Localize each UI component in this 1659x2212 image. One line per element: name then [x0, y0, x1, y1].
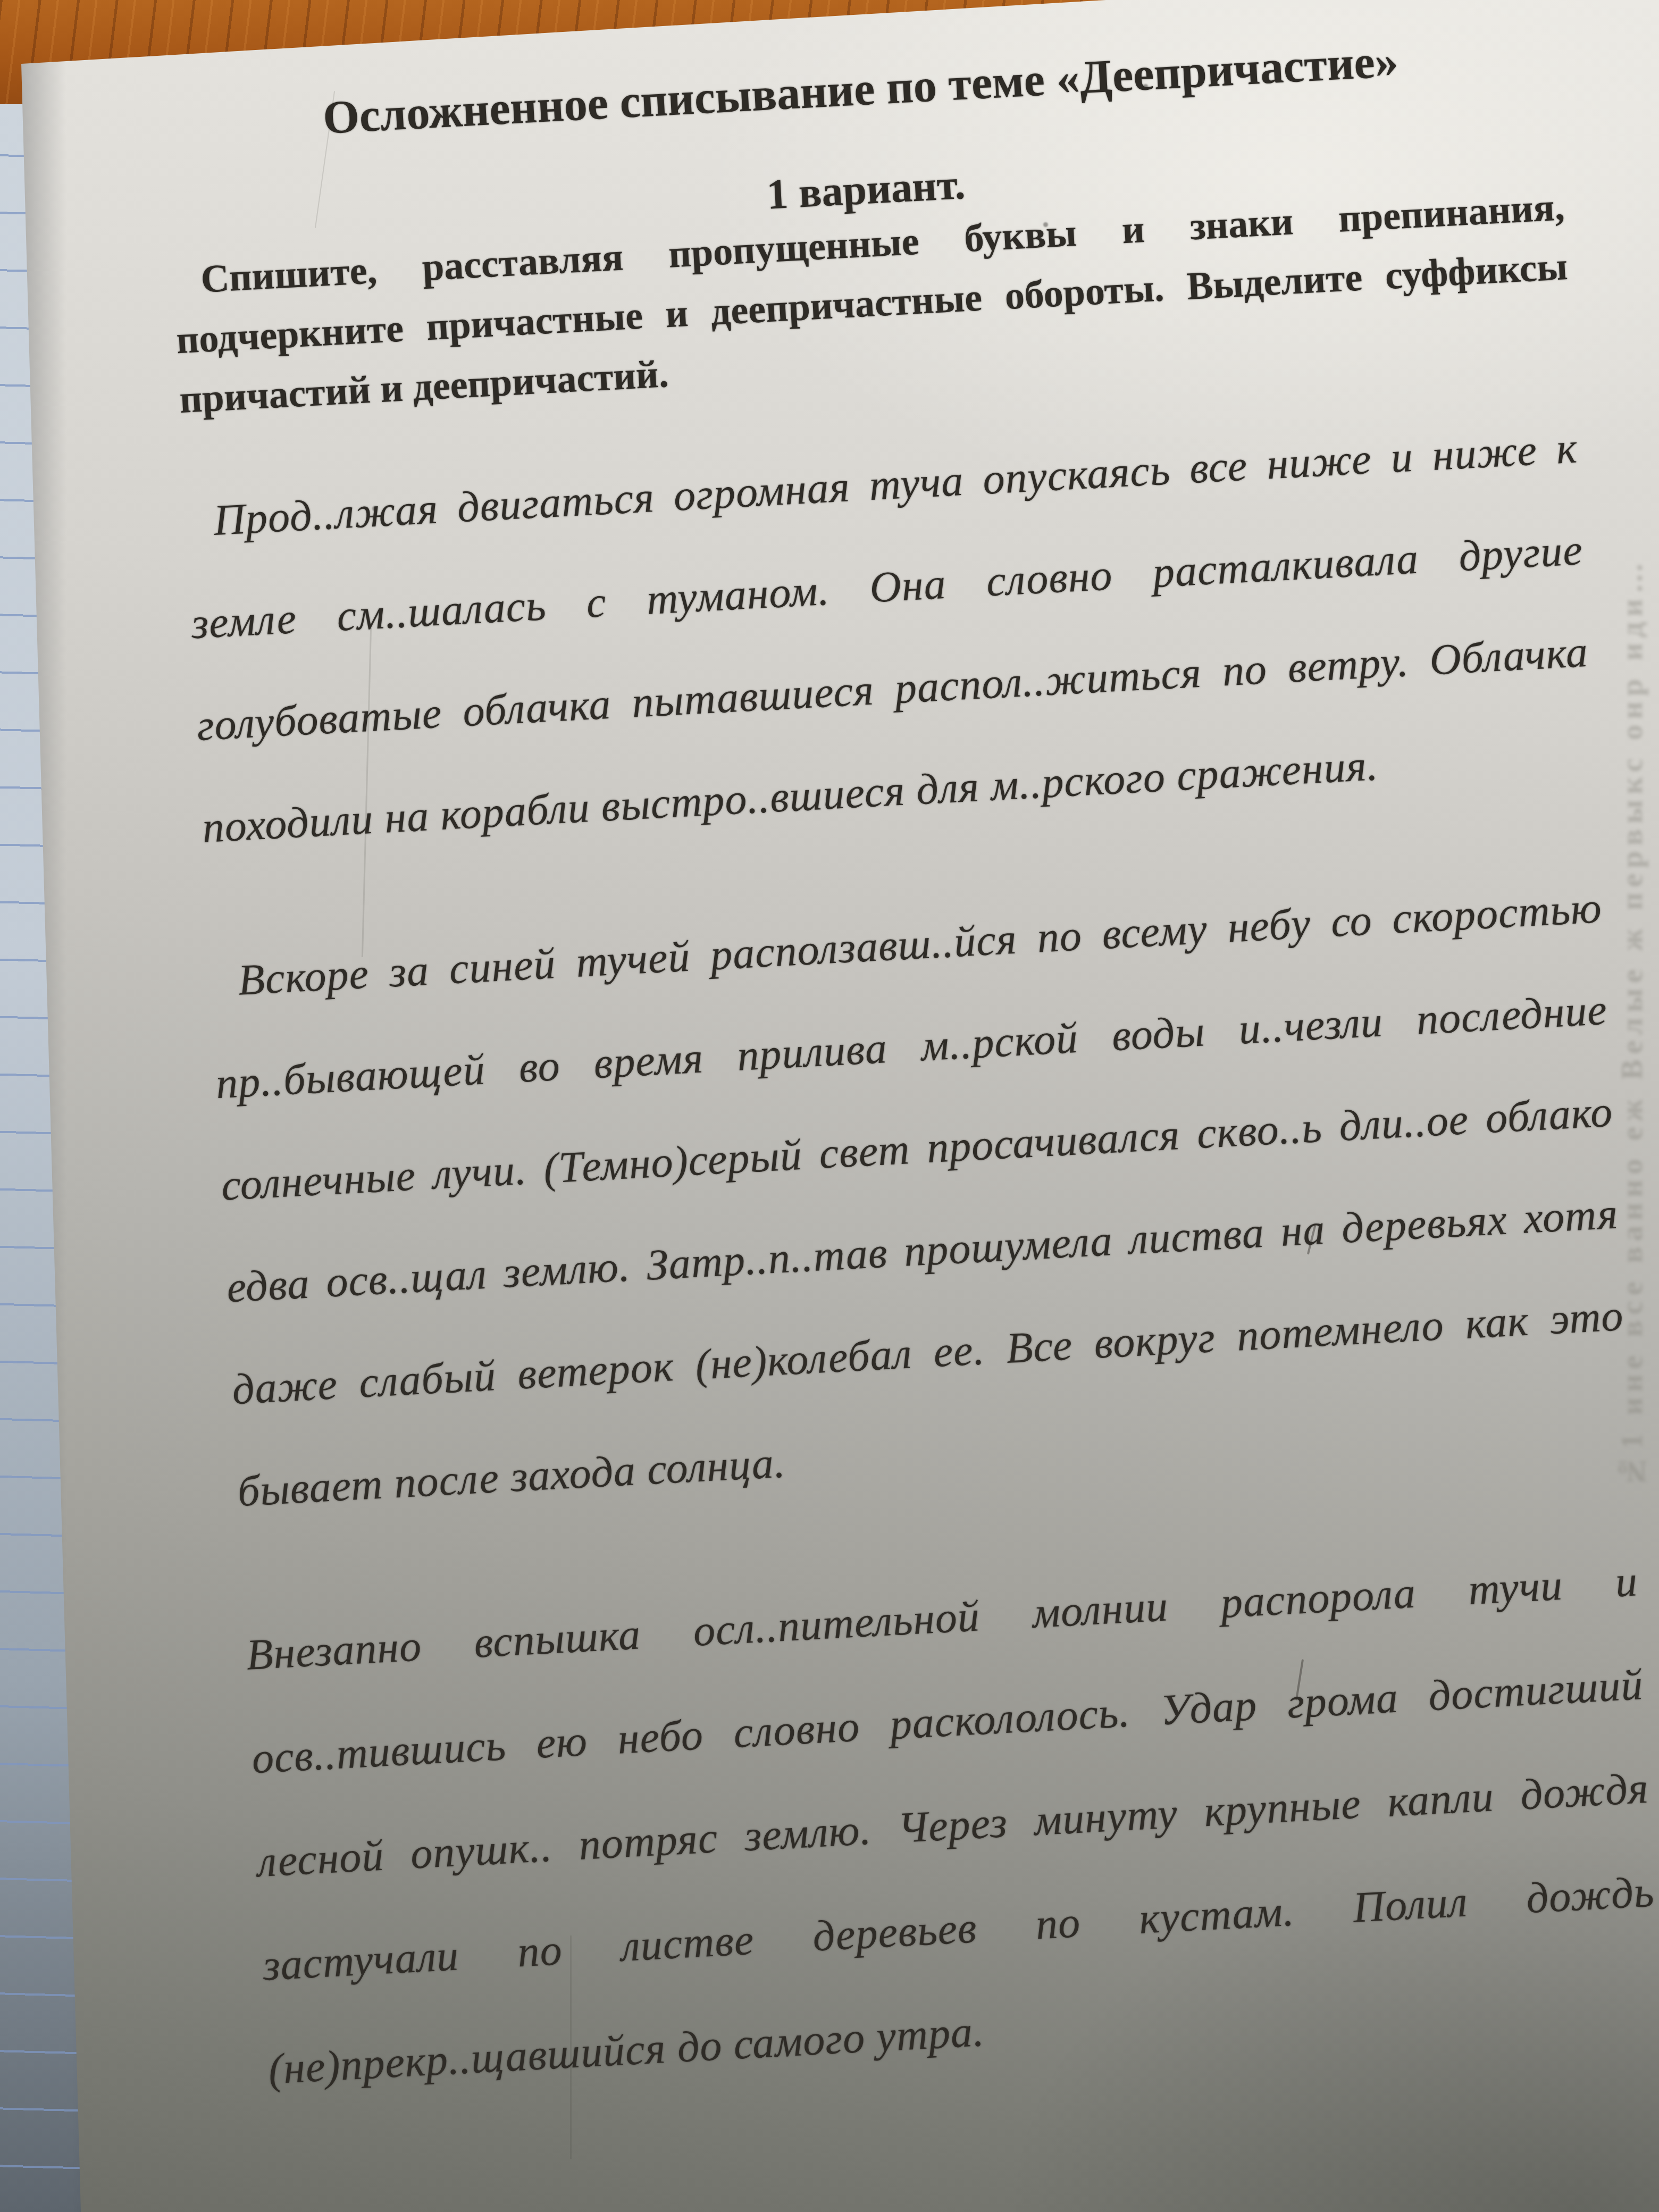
- worksheet-paper: №1 ине все ванно еж Велые ж первыкс онр …: [0, 0, 1659, 2212]
- text-line: (не)прекр..щавшийся до самого утра.: [267, 1970, 1659, 2094]
- text-line: голубоватые облачка пытавшиеся распол..ж…: [196, 627, 1589, 751]
- photo-of-worksheet: { "page": { "title": "Осложненное списыв…: [0, 0, 1659, 2212]
- text-line: едва осв..щал землю. Затр..п..тав прошум…: [225, 1188, 1619, 1312]
- text-line: земле см..шалась с туманом. Она словно р…: [190, 525, 1584, 649]
- text-line: застучали по листве деревьев по кустам. …: [262, 1867, 1655, 1991]
- text-line: солнечные лучи. (Темно)серый свет просач…: [220, 1087, 1614, 1211]
- crease-line: [362, 627, 372, 957]
- text-line: походили на корабли выстро..вшиеся для м…: [201, 729, 1595, 853]
- text-line: пр..бывающей во время прилива м..рской в…: [215, 985, 1608, 1109]
- text-line: осв..тившись ею небо словно раскололось.…: [250, 1660, 1644, 1783]
- text-line: Вскоре за синей тучей расползавш..йся по…: [209, 883, 1603, 1007]
- text-line: лесной опушк.. потряс землю. Через минут…: [256, 1763, 1650, 1887]
- show-through-column: Велые ж первыкс онр иди…: [1614, 558, 1649, 1080]
- text-line: бывает после захода солнца.: [237, 1393, 1630, 1516]
- text-line: Внезапно вспышка осл..пительной молнии р…: [245, 1556, 1639, 1680]
- text-line: Прод..лжая двигаться огромная туча опуск…: [185, 423, 1578, 547]
- worksheet-title: Осложненное списывание по теме «Дееприча…: [164, 26, 1558, 154]
- text-line: даже слабый ветерок (не)колебал ее. Все …: [231, 1291, 1624, 1414]
